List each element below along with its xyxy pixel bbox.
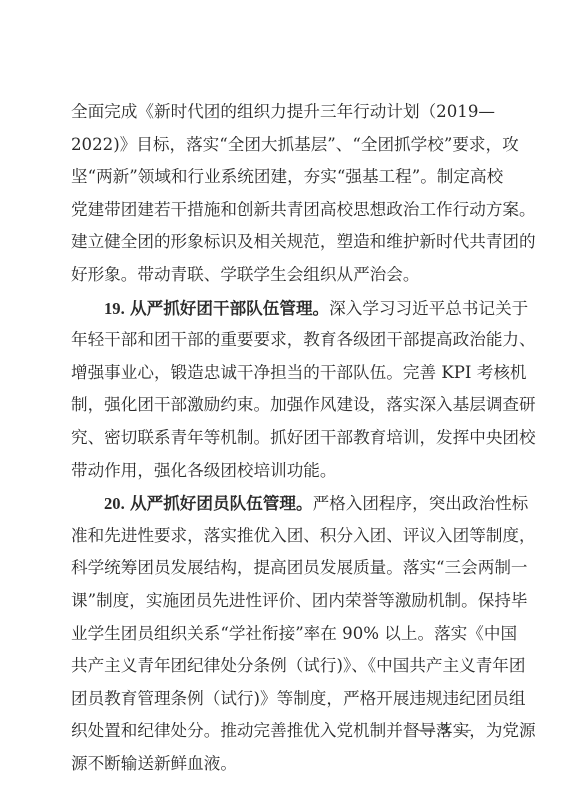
paragraph-continued: 全面完成《新时代团的组织力提升三年行动计划（2019— 2022)》目标，落实“…: [71, 96, 495, 292]
text-line: 科学统筹团员发展结构，提高团员发展质量。落实“三会两制一: [71, 552, 495, 585]
text-run: 深入学习习近平总书记关于: [329, 299, 528, 318]
text-line: 准和先进性要求，落实推优入团、积分入团、评议入团等制度，: [71, 520, 495, 553]
text-line: 源不断输送新鲜血液。: [71, 748, 495, 781]
text-line: 坚“两新”领域和行业系统团建，夯实“强基工程”。制定高校: [71, 161, 495, 194]
text-line: 建立健全团的形象标识及相关规范，塑造和维护新时代共青团的: [71, 226, 495, 259]
text-line: 制，强化团干部激励约束。加强作风建设，落实深入基层调查研: [71, 389, 495, 422]
text-line: 团员教育管理条例（试行)》等制度，严格开展违规违纪团员组: [71, 683, 495, 716]
text-line: 好形象。带动青联、学联学生会组织从严治会。: [71, 259, 495, 292]
paragraph-19: 19. 从严抓好团干部队伍管理。深入学习习近平总书记关于 年轻干部和团干部的重要…: [71, 292, 495, 488]
text-line: 全面完成《新时代团的组织力提升三年行动计划（2019—: [71, 96, 495, 129]
text-line: 带动作用，强化各级团校培训功能。: [71, 455, 495, 488]
text-run: 严格入团程序，突出政治性标: [313, 494, 529, 513]
document-page: 全面完成《新时代团的组织力提升三年行动计划（2019— 2022)》目标，落实“…: [0, 0, 567, 797]
text-line: 课”制度，实施团员先进性评价、团内荣誉等激励机制。保持毕: [71, 585, 495, 618]
text-line: 共产主义青年团纪律处分条例（试行)》、《中国共产主义青年团: [71, 650, 495, 683]
text-line: 业学生团员组织关系“学社衔接”率在 90% 以上。落实《中国: [71, 618, 495, 651]
paragraph-first-line: 20. 从严抓好团员队伍管理。严格入团程序，突出政治性标: [71, 487, 495, 520]
text-line: 党建带团建若干措施和创新共青团高校思想政治工作行动方案。: [71, 194, 495, 227]
body-text: 全面完成《新时代团的组织力提升三年行动计划（2019— 2022)》目标，落实“…: [71, 96, 495, 780]
page-number: — 9 —: [418, 722, 473, 739]
item-number: 19.: [104, 299, 125, 318]
text-line: 究、密切联系青年等机制。抓好团干部教育培训，发挥中央团校: [71, 422, 495, 455]
item-heading: 从严抓好团员队伍管理。: [130, 493, 313, 513]
text-line: 增强事业心，锻造忠诚干净担当的干部队伍。完善 KPI 考核机: [71, 357, 495, 390]
paragraph-first-line: 19. 从严抓好团干部队伍管理。深入学习习近平总书记关于: [71, 292, 495, 325]
item-number: 20.: [104, 494, 125, 513]
text-line: 年轻干部和团干部的重要要求，教育各级团干部提高政治能力、: [71, 324, 495, 357]
item-heading: 从严抓好团干部队伍管理。: [130, 298, 329, 318]
text-line: 2022)》目标，落实“全团大抓基层”、“全团抓学校”要求，攻: [71, 129, 495, 162]
